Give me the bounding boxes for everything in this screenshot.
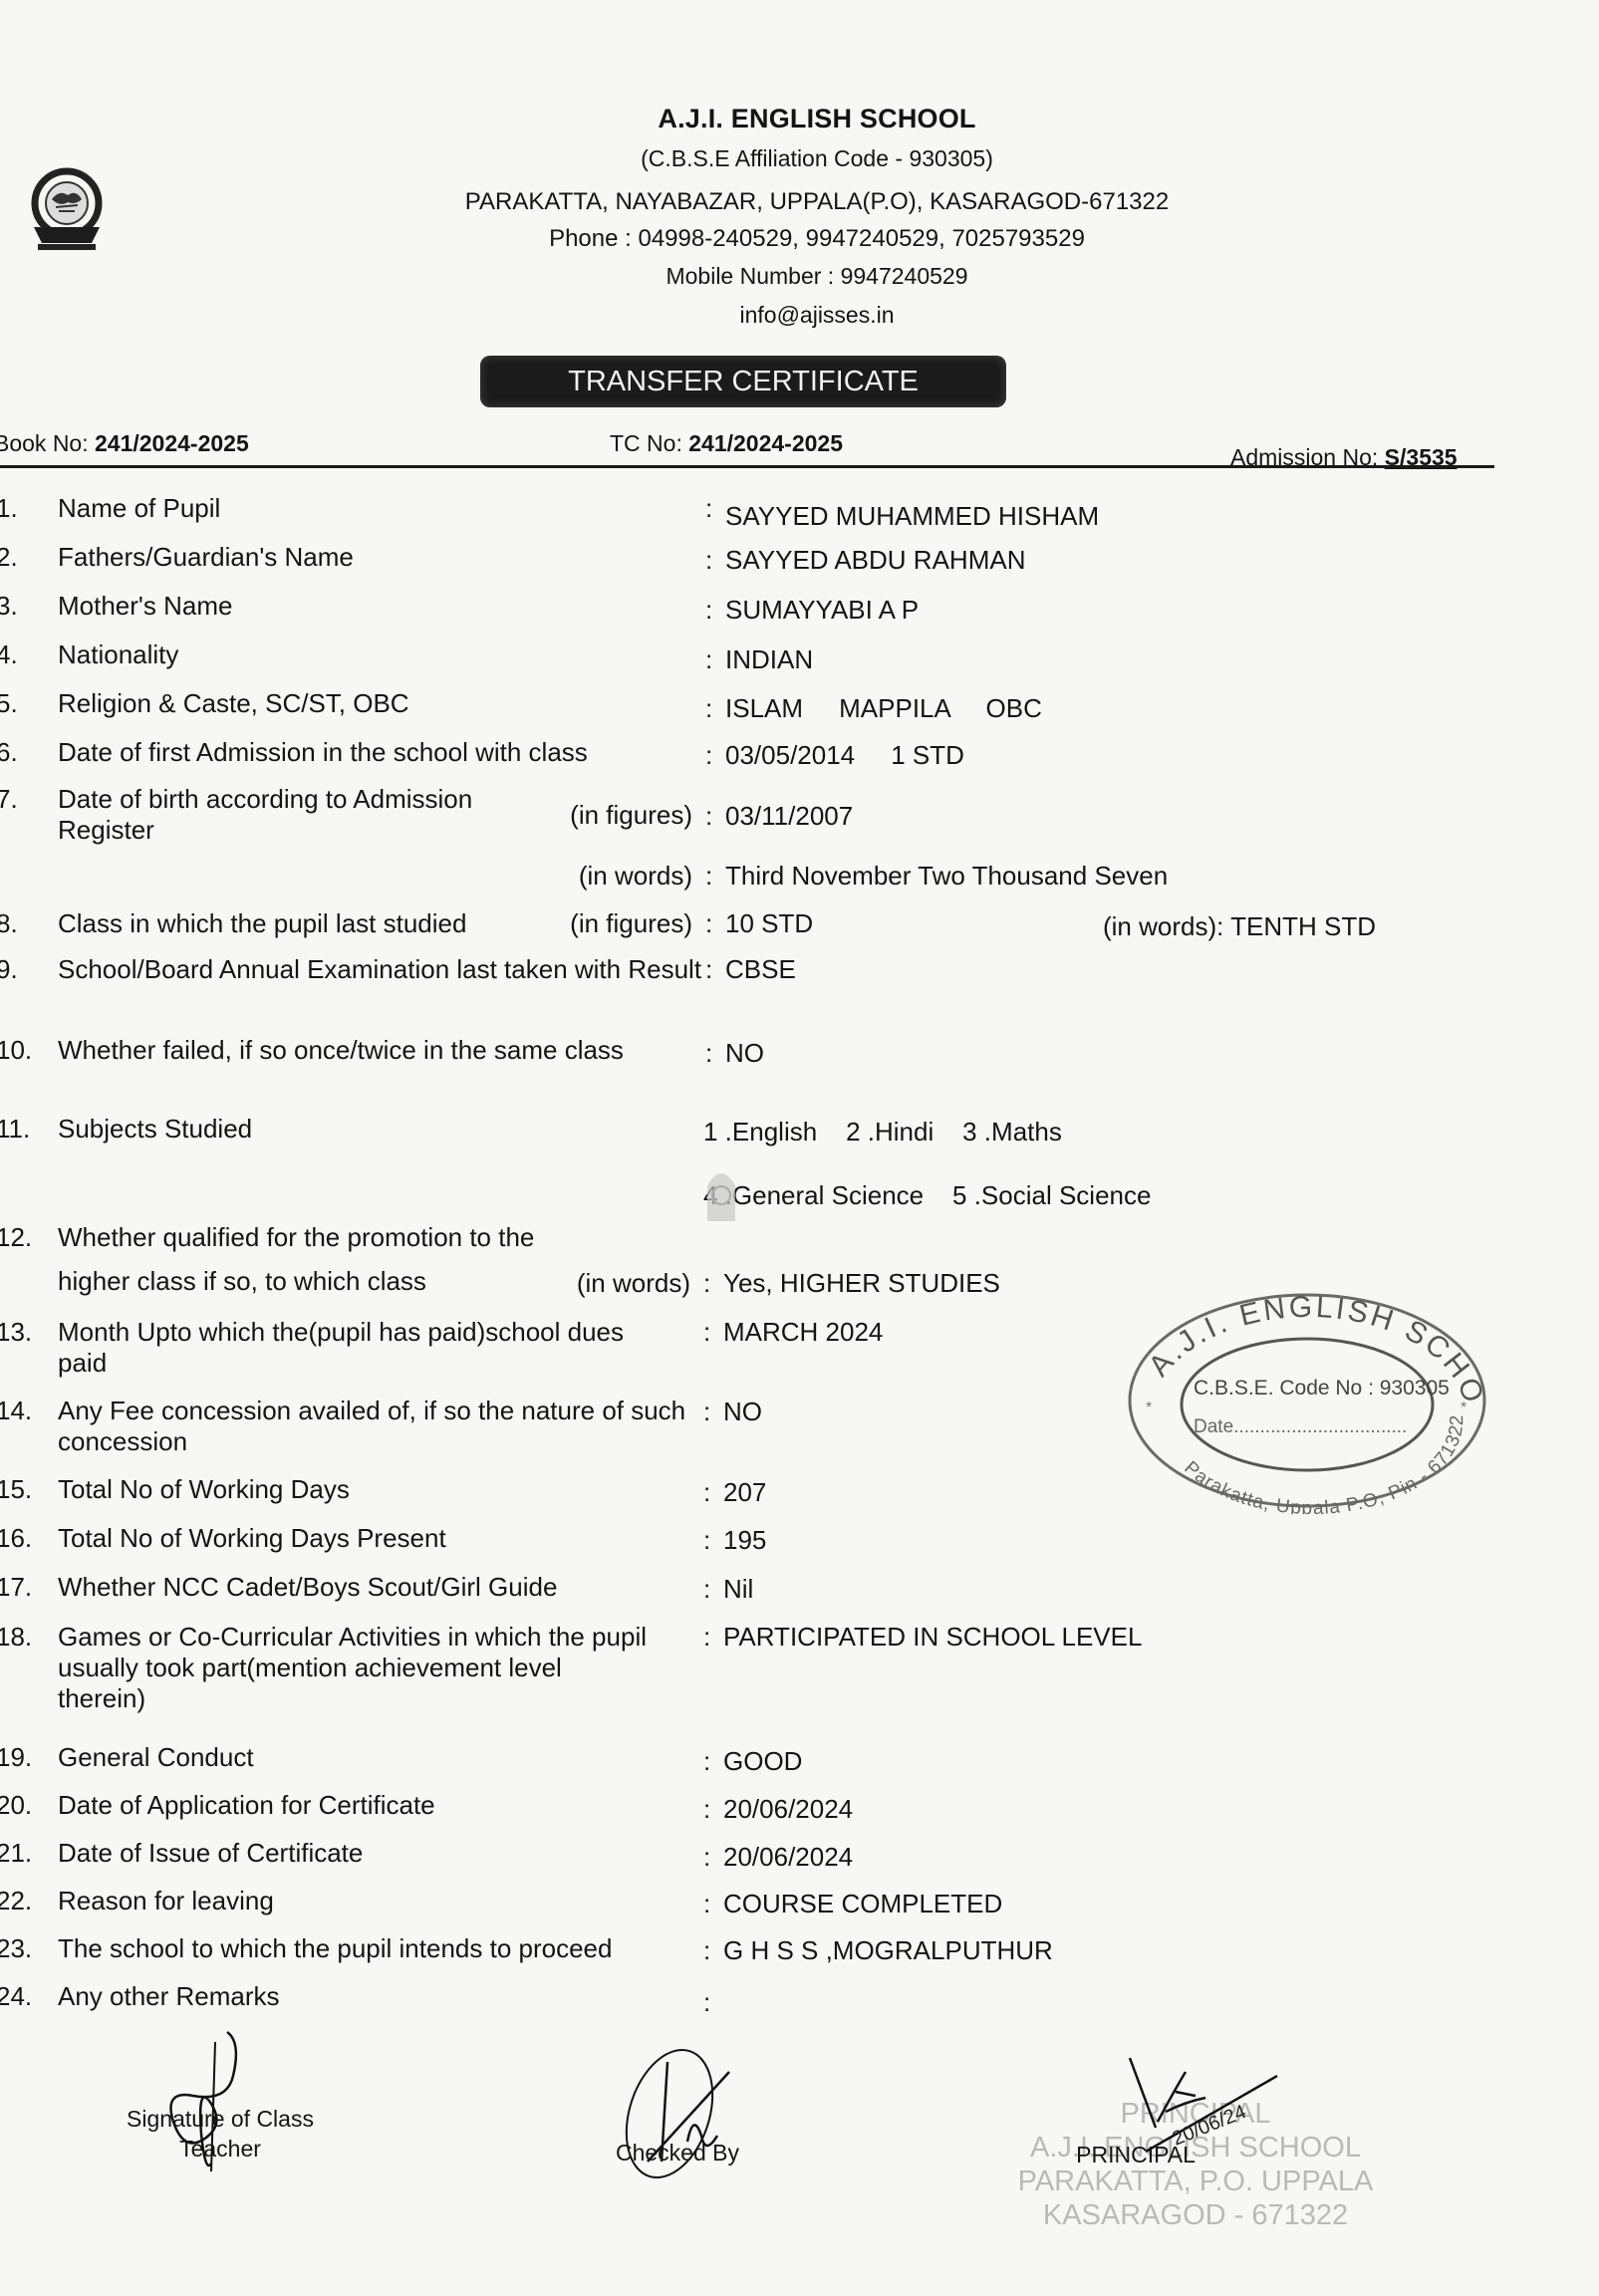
field-qualifier: (in figures) xyxy=(570,800,692,831)
school-address: PARAKATTA, NAYABAZAR, UPPALA(P.O), KASAR… xyxy=(0,188,1599,216)
field-value: 03/05/2014 1 STD xyxy=(725,740,964,771)
field-colon: : xyxy=(705,644,712,675)
field-number: 24. xyxy=(0,1981,46,2012)
field-label: Total No of Working Days xyxy=(58,1474,695,1505)
field-colon: : xyxy=(705,595,712,626)
principal-stamp-line: KASARAGOD - 671322 xyxy=(1006,2198,1385,2232)
book-number-label: Book No: xyxy=(0,430,95,456)
school-phone: Phone : 04998-240529, 9947240529, 702579… xyxy=(0,225,1599,253)
field-number: 6. xyxy=(0,737,46,768)
field-colon: : xyxy=(703,1397,710,1427)
field-number: 13. xyxy=(0,1317,46,1348)
field-number: 23. xyxy=(0,1933,46,1964)
field-value: NO xyxy=(725,1038,764,1069)
field-label: Total No of Working Days Present xyxy=(58,1523,695,1554)
stamp-star-icon: * xyxy=(1461,1400,1466,1416)
field-colon: : xyxy=(703,1268,710,1299)
field-colon: : xyxy=(705,954,712,985)
field-label: Date of first Admission in the school wi… xyxy=(58,737,695,768)
field-colon: : xyxy=(703,1935,710,1966)
field-value: SAYYED MUHAMMED HISHAM xyxy=(725,501,1099,532)
stamp-date: Date................................. xyxy=(1194,1416,1407,1437)
field-label: Subjects Studied xyxy=(58,1114,695,1145)
tc-number: TC No: 241/2024-2025 xyxy=(610,430,843,457)
field-number: 3. xyxy=(0,591,46,622)
field-number: 18. xyxy=(0,1622,46,1653)
field-value: SAYYED ABDU RAHMAN xyxy=(725,545,1025,576)
field-colon: : xyxy=(703,1987,710,2018)
field-number: 16. xyxy=(0,1523,46,1554)
school-mobile: Mobile Number : 9947240529 xyxy=(0,263,1599,290)
field-value: 20/06/2024 xyxy=(723,1794,853,1825)
field-colon: : xyxy=(705,545,712,576)
field-number: 19. xyxy=(0,1742,46,1773)
field-colon: : xyxy=(705,908,712,939)
field-label: Mother's Name xyxy=(58,591,695,622)
field-value: Nil xyxy=(723,1574,753,1605)
field-number: 21. xyxy=(0,1838,46,1869)
field-label: General Conduct xyxy=(58,1742,695,1773)
field-colon: : xyxy=(703,1574,710,1605)
field-colon: : xyxy=(703,1794,710,1825)
tc-number-label: TC No: xyxy=(610,430,688,456)
field-number: 7. xyxy=(0,784,46,815)
field-label: Religion & Caste, SC/ST, OBC xyxy=(58,688,695,719)
field-label: Month Upto which the(pupil has paid)scho… xyxy=(58,1317,656,1379)
field-colon: : xyxy=(703,1525,710,1556)
checked-by-signature-icon xyxy=(598,2042,757,2181)
field-number: 12. xyxy=(0,1222,46,1253)
field-label: Whether failed, if so once/twice in the … xyxy=(58,1035,656,1066)
field-number: 10. xyxy=(0,1035,46,1066)
principal-signature-icon: 20/06/24 xyxy=(1106,2052,1285,2171)
field-value: NO xyxy=(723,1397,762,1427)
field-number: 9. xyxy=(0,954,46,985)
stamp-code: C.B.S.E. Code No : 930305 xyxy=(1194,1377,1450,1400)
field-number: 22. xyxy=(0,1886,46,1916)
stamp-star-icon: * xyxy=(1146,1400,1152,1416)
affiliation-code: (C.B.S.E Affiliation Code - 930305) xyxy=(0,145,1599,172)
field-value: CBSE xyxy=(725,954,796,985)
field-colon: : xyxy=(705,693,712,724)
field-value: 03/11/2007 xyxy=(725,801,853,832)
field-value: ISLAM MAPPILA OBC xyxy=(725,693,1042,724)
field-value: Third November Two Thousand Seven xyxy=(725,861,1168,892)
field-label: Whether NCC Cadet/Boys Scout/Girl Guide xyxy=(58,1572,695,1603)
field-number: 17. xyxy=(0,1572,46,1603)
field-label: School/Board Annual Examination last tak… xyxy=(58,954,705,985)
field-number: 14. xyxy=(0,1396,46,1426)
field-colon: : xyxy=(705,1038,712,1069)
book-number-value: 241/2024-2025 xyxy=(95,430,249,456)
field-label: Date of Application for Certificate xyxy=(58,1790,695,1821)
field-value: COURSE COMPLETED xyxy=(723,1889,1002,1919)
school-name: A.J.I. ENGLISH SCHOOL xyxy=(0,104,1599,134)
field-label: Whether qualified for the promotion to t… xyxy=(58,1222,695,1253)
field-colon: : xyxy=(703,1842,710,1873)
field-label: The school to which the pupil intends to… xyxy=(58,1933,715,1964)
field-colon: : xyxy=(705,740,712,771)
field-label: Date of Issue of Certificate xyxy=(58,1838,695,1869)
field-colon: : xyxy=(703,1746,710,1777)
principal-date-scrawl: 20/06/24 xyxy=(1170,2101,1249,2151)
field-label: Date of birth according to Admission Reg… xyxy=(58,784,526,846)
certificate-title: TRANSFER CERTIFICATE xyxy=(480,356,1006,407)
field-number: 8. xyxy=(0,908,46,939)
field-value: INDIAN xyxy=(725,644,813,675)
field-value: PARTICIPATED IN SCHOOL LEVEL xyxy=(723,1622,1142,1653)
field-number: 11. xyxy=(0,1114,46,1145)
field-label: Reason for leaving xyxy=(58,1886,695,1916)
field-qualifier: (in figures) xyxy=(570,908,692,939)
subjects-line-1: 1 .English 2 .Hindi 3 .Maths xyxy=(703,1117,1062,1148)
field-value: MARCH 2024 xyxy=(723,1317,883,1348)
field-qualifier: (in words) xyxy=(577,1268,690,1299)
field-qualifier: (in words) xyxy=(579,861,692,892)
field-number: 5. xyxy=(0,688,46,719)
field-colon: : xyxy=(703,1317,710,1348)
field-label: Games or Co-Curricular Activities in whi… xyxy=(58,1622,656,1714)
field-label: Name of Pupil xyxy=(58,493,695,524)
field-value: 10 STD xyxy=(725,908,813,939)
field-value: 20/06/2024 xyxy=(723,1842,853,1873)
subjects-line-2: 4 .General Science 5 .Social Science xyxy=(703,1180,1151,1211)
field-colon: : xyxy=(703,1477,710,1508)
field-value: G H S S ,MOGRALPUTHUR xyxy=(723,1935,1053,1966)
field-value-words: (in words): TENTH STD xyxy=(1103,911,1376,942)
field-number: 20. xyxy=(0,1790,46,1821)
field-number: 1. xyxy=(0,493,46,524)
field-value: 195 xyxy=(723,1525,766,1556)
field-number: 15. xyxy=(0,1474,46,1505)
field-value: SUMAYYABI A P xyxy=(725,595,919,626)
field-label: Nationality xyxy=(58,639,695,670)
field-colon: : xyxy=(705,801,712,832)
field-label: Any other Remarks xyxy=(58,1981,695,2012)
field-value: 207 xyxy=(723,1477,766,1508)
header-divider xyxy=(0,465,1494,468)
field-colon: : xyxy=(705,493,712,524)
school-seal-stamp: A.J.I. ENGLISH SCHOOL Parakatta, Uppala … xyxy=(1122,1287,1492,1514)
field-colon: : xyxy=(703,1889,710,1919)
field-number: 4. xyxy=(0,639,46,670)
watermark-crest-icon xyxy=(703,1165,739,1225)
class-teacher-signature-icon xyxy=(149,2022,279,2171)
tc-number-value: 241/2024-2025 xyxy=(688,430,843,456)
field-colon: : xyxy=(705,861,712,892)
field-value: GOOD xyxy=(723,1746,802,1777)
field-number: 2. xyxy=(0,542,46,573)
field-colon: : xyxy=(703,1622,710,1653)
field-value: Yes, HIGHER STUDIES xyxy=(723,1268,1000,1299)
book-number: Book No: 241/2024-2025 xyxy=(0,430,249,457)
field-label: Fathers/Guardian's Name xyxy=(58,542,695,573)
school-email: info@ajisses.in xyxy=(0,302,1599,329)
field-label: Any Fee concession availed of, if so the… xyxy=(58,1396,703,1457)
